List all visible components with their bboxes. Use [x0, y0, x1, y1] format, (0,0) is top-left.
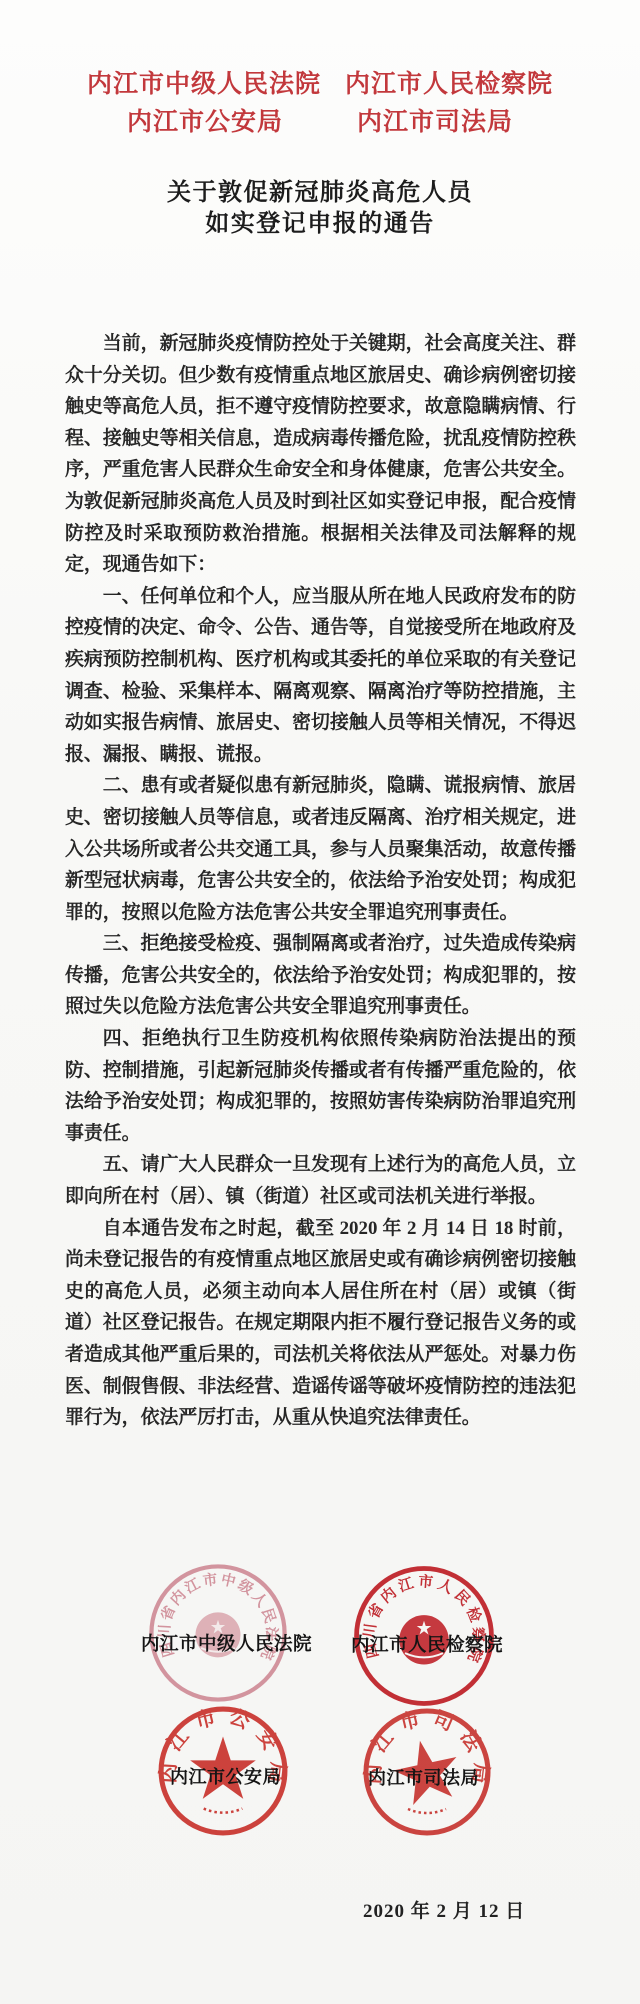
- seal-label-procuratorate: 内江市人民检察院: [351, 1637, 503, 1656]
- agency-name-police: 内江市公安局: [127, 110, 283, 135]
- notice-paragraph: 四、拒绝执行卫生防疫机构依照传染病防治法提出的预防、控制措施，引起新冠肺炎传播或…: [65, 1023, 576, 1149]
- seal-label-justice: 内江市司法局: [368, 1769, 479, 1787]
- agency-header-row2: 内江市公安局 内江市司法局: [127, 110, 513, 135]
- agency-name-procuratorate: 内江市人民检察院: [345, 72, 553, 97]
- document-title-line2: 如实登记申报的通告: [0, 209, 640, 240]
- notice-page: 内江市中级人民法院 内江市人民检察院 内江市公安局 内江市司法局 关于敦促新冠肺…: [0, 0, 640, 2004]
- notice-paragraph: 五、请广大人民群众一旦发现有上述行为的高危人员，立即向所在村（居）、镇（街道）社…: [65, 1149, 576, 1212]
- document-date: 2020 年 2 月 12 日: [363, 1896, 525, 1923]
- notice-body: 当前，新冠肺炎疫情防控处于关键期，社会高度关注、群众十分关切。但少数有疫情重点地…: [65, 328, 576, 1434]
- document-title-line1: 关于敦促新冠肺炎高危人员: [0, 178, 640, 209]
- notice-paragraph: 三、拒绝接受检疫、强制隔离或者治疗，过失造成传染病传播，危害公共安全的，依法给予…: [65, 928, 576, 1023]
- seal-label-court: 内江市中级人民法院: [141, 1636, 312, 1655]
- notice-paragraph: 自本通告发布之时起，截至 2020 年 2 月 14 日 18 时前，尚未登记报…: [65, 1213, 576, 1434]
- agency-header: 内江市中级人民法院 内江市人民检察院 内江市公安局 内江市司法局: [0, 72, 640, 135]
- notice-paragraph: 一、任何单位和个人，应当服从所在地人民政府发布的防控疫情的决定、命令、公告、通告…: [65, 581, 576, 771]
- seal-serial-marks: [408, 1809, 446, 1813]
- agency-name-court: 内江市中级人民法院: [87, 72, 321, 97]
- seal-serial-marks: [204, 1809, 243, 1813]
- seal-label-police: 内江市公安局: [170, 1768, 281, 1786]
- document-title: 关于敦促新冠肺炎高危人员 如实登记申报的通告: [0, 178, 640, 240]
- notice-paragraph: 二、患有或者疑似患有新冠肺炎，隐瞒、谎报病情、旅居史、密切接触人员等信息，或者违…: [65, 770, 576, 928]
- agency-name-justice: 内江市司法局: [357, 110, 513, 135]
- notice-paragraph: 当前，新冠肺炎疫情防控处于关键期，社会高度关注、群众十分关切。但少数有疫情重点地…: [65, 328, 576, 581]
- agency-header-row1: 内江市中级人民法院 内江市人民检察院: [87, 72, 553, 97]
- court-seal-stamp: 四川省内江市中级人民法院: [143, 1558, 293, 1708]
